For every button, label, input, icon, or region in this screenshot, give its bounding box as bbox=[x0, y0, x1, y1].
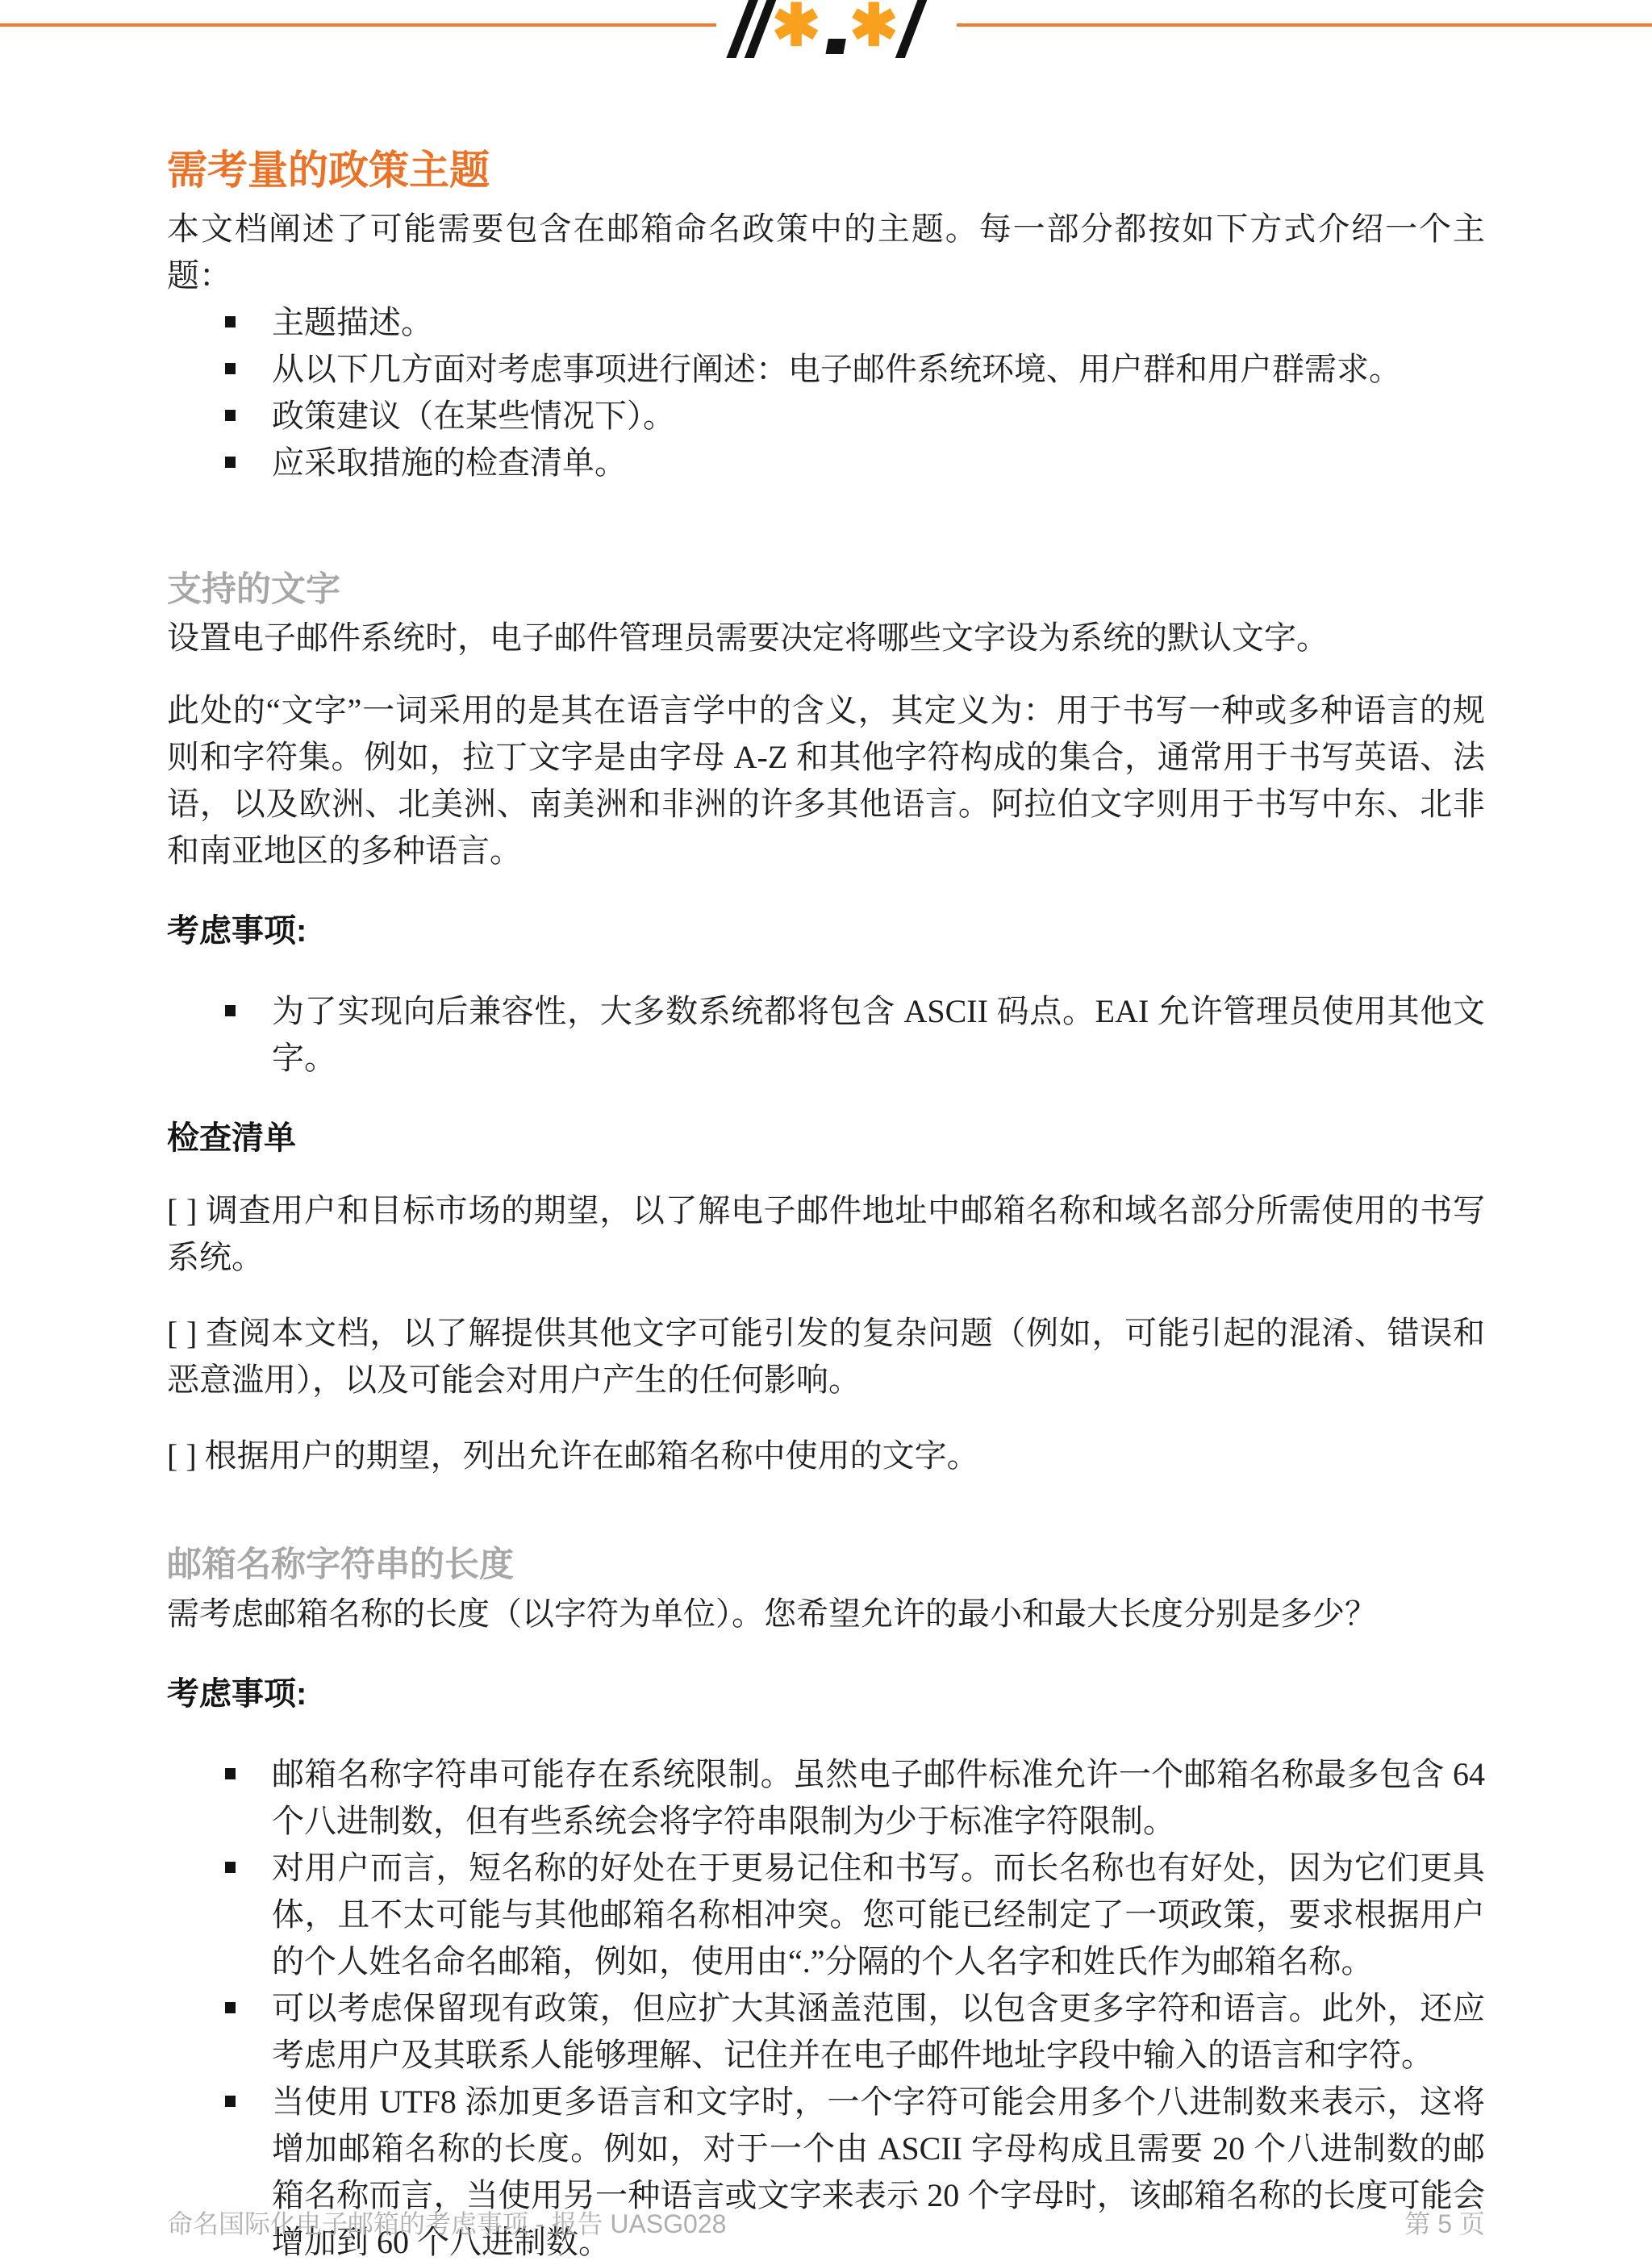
list-item-text: 可以考虑保留现有政策，但应扩大其涵盖范围，以包含更多字符和语言。此外，还应考虑用… bbox=[272, 1990, 1485, 2073]
list-item: 对用户而言，短名称的好处在于更易记住和书写。而长名称也有好处，因为它们更具体，且… bbox=[167, 1845, 1485, 1985]
list-item-text: 对用户而言，短名称的好处在于更易记住和书写。而长名称也有好处，因为它们更具体，且… bbox=[272, 1850, 1485, 1979]
checklist-item: [ ] 调查用户和目标市场的期望，以了解电子邮件地址中邮箱名称和域名部分所需使用… bbox=[167, 1187, 1485, 1281]
considerations-heading: 考虑事项: bbox=[167, 905, 1485, 951]
list-item: 可以考虑保留现有政策，但应扩大其涵盖范围，以包含更多字符和语言。此外，还应考虑用… bbox=[167, 1985, 1485, 2079]
page-content: 需考量的政策主题 本文档阐述了可能需要包含在邮箱命名政策中的主题。每一部分都按如… bbox=[0, 148, 1652, 2265]
checklist-heading: 检查清单 bbox=[167, 1112, 1485, 1158]
list-item-text: 应采取措施的检查清单。 bbox=[272, 444, 627, 481]
section-heading: 支持的文字 bbox=[167, 570, 1485, 610]
intro-bullet-list: 主题描述。 从以下几方面对考虑事项进行阐述：电子邮件系统环境、用户群和用户群需求… bbox=[167, 299, 1485, 486]
bullet-square-icon bbox=[225, 1862, 236, 1873]
list-item: 应采取措施的检查清单。 bbox=[167, 440, 1485, 486]
bullet-square-icon bbox=[225, 363, 236, 374]
logo-star-icon: ✱ bbox=[772, 0, 820, 55]
list-item: 邮箱名称字符串可能存在系统限制。虽然电子邮件标准允许一个邮箱名称最多包含 64 … bbox=[167, 1751, 1485, 1845]
section-mailbox-name-length: 邮箱名称字符串的长度 需考虑邮箱名称的长度（以字符为单位）。您希望允许的最小和最… bbox=[167, 1545, 1485, 2265]
logo-slashes-icon: // bbox=[729, 0, 772, 69]
logo-slash-icon: / bbox=[899, 0, 923, 69]
section-supported-scripts: 支持的文字 设置电子邮件系统时，电子邮件管理员需要决定将哪些文字设为系统的默认文… bbox=[167, 570, 1485, 1479]
list-item: 政策建议（在某些情况下）。 bbox=[167, 393, 1485, 440]
section-heading: 邮箱名称字符串的长度 bbox=[167, 1545, 1485, 1585]
considerations-heading: 考虑事项: bbox=[167, 1668, 1485, 1714]
list-item: 从以下几方面对考虑事项进行阐述：电子邮件系统环境、用户群和用户群需求。 bbox=[167, 346, 1485, 393]
bullet-square-icon bbox=[225, 457, 236, 468]
bullet-square-icon bbox=[225, 1768, 236, 1779]
document-page: // ✱ ✱ / 需考量的政策主题 本文档阐述了可能需要包含在邮箱命名政策中的主… bbox=[0, 0, 1652, 2265]
bullet-square-icon bbox=[225, 1005, 236, 1016]
considerations-list: 为了实现向后兼容性，大多数系统都将包含 ASCII 码点。EAI 允许管理员使用… bbox=[167, 988, 1485, 1082]
list-item: 为了实现向后兼容性，大多数系统都将包含 ASCII 码点。EAI 允许管理员使用… bbox=[167, 988, 1485, 1082]
list-item: 主题描述。 bbox=[167, 299, 1485, 346]
bullet-square-icon bbox=[225, 2002, 236, 2013]
page-title: 需考量的政策主题 bbox=[167, 148, 1485, 193]
page-footer: 命名国际化电子邮箱的考虑事项 - 报告 UASG028 第 5 页 bbox=[167, 2204, 1485, 2241]
list-item-text: 从以下几方面对考虑事项进行阐述：电子邮件系统环境、用户群和用户群需求。 bbox=[272, 351, 1401, 387]
checklist-item: [ ] 根据用户的期望，列出允许在邮箱名称中使用的文字。 bbox=[167, 1433, 1485, 1479]
paragraph: 设置电子邮件系统时，电子邮件管理员需要决定将哪些文字设为系统的默认文字。 bbox=[167, 615, 1485, 661]
list-item-text: 为了实现向后兼容性，大多数系统都将包含 ASCII 码点。EAI 允许管理员使用… bbox=[272, 993, 1485, 1076]
list-item-text: 主题描述。 bbox=[272, 304, 433, 340]
list-item-text: 邮箱名称字符串可能存在系统限制。虽然电子邮件标准允许一个邮箱名称最多包含 64 … bbox=[272, 1756, 1485, 1839]
page-header: // ✱ ✱ / bbox=[0, 0, 1652, 63]
header-rule-left bbox=[0, 23, 716, 27]
logo-dot-icon bbox=[825, 39, 845, 54]
paragraph: 此处的“文字”一词采用的是其在语言学中的含义，其定义为：用于书写一种或多种语言的… bbox=[167, 687, 1485, 874]
uasg-logo: // ✱ ✱ / bbox=[729, 0, 923, 69]
footer-page-number: 第 5 页 bbox=[1404, 2204, 1485, 2241]
considerations-list: 邮箱名称字符串可能存在系统限制。虽然电子邮件标准允许一个邮箱名称最多包含 64 … bbox=[167, 1751, 1485, 2265]
bullet-square-icon bbox=[225, 410, 236, 421]
intro-paragraph: 本文档阐述了可能需要包含在邮箱命名政策中的主题。每一部分都按如下方式介绍一个主题… bbox=[167, 206, 1485, 299]
checklist-item: [ ] 查阅本文档，以了解提供其他文字可能引发的复杂问题（例如，可能引起的混淆、… bbox=[167, 1310, 1485, 1404]
logo-star-icon: ✱ bbox=[849, 0, 898, 55]
bullet-square-icon bbox=[225, 2096, 236, 2107]
footer-doc-title: 命名国际化电子邮箱的考虑事项 - 报告 UASG028 bbox=[167, 2204, 726, 2241]
paragraph: 需考虑邮箱名称的长度（以字符为单位）。您希望允许的最小和最大长度分别是多少？ bbox=[167, 1591, 1485, 1637]
header-rule-right bbox=[957, 23, 1652, 27]
list-item-text: 政策建议（在某些情况下）。 bbox=[272, 398, 675, 434]
bullet-square-icon bbox=[225, 316, 236, 327]
